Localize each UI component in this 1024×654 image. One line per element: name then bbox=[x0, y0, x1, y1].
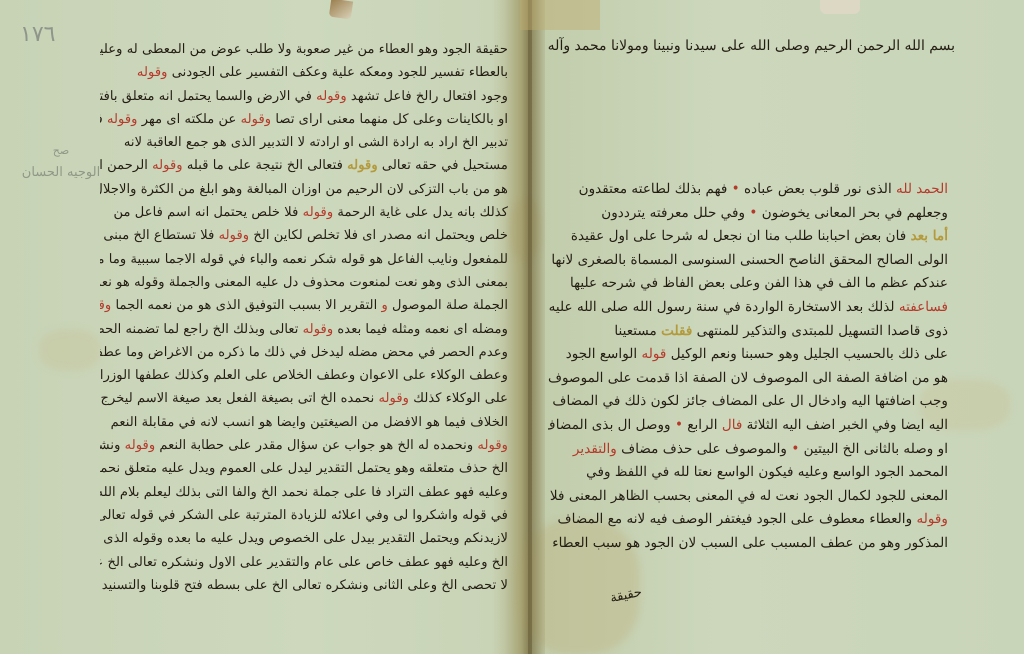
text-line: وقوله والعطاء معطوف على الجود فيغتفر الو… bbox=[548, 508, 948, 532]
text-line: الخ حذف متعلقه وهو يحتمل التقدير ليدل عل… bbox=[100, 457, 508, 480]
text-segment: وعليه فهو عطف التراد فا على جملة نحمد ال… bbox=[100, 485, 508, 500]
margin-annotation: صح الوجيه الحسان bbox=[16, 140, 106, 184]
text-segment: خلص ويحتمل انه مصدر اى فلا تخلص لكاين ال… bbox=[249, 228, 508, 243]
text-segment: او وصله بالثانى الخ البيتين bbox=[799, 441, 948, 457]
rubric-word: وقوله bbox=[137, 65, 168, 80]
text-segment: او بالكاينات وعلى كل منهما معنى اراى تصا bbox=[271, 112, 508, 127]
text-segment: تدبير الخ اراد به ارادة الشى او ارادته ل… bbox=[124, 135, 508, 150]
text-segment: الخ حذف متعلقه وهو يحتمل التقدير ليدل عل… bbox=[100, 461, 508, 476]
text-line: وجب اضافتها اليه وادخال ال على المضاف جا… bbox=[548, 390, 948, 414]
text-segment: الولى الصالح المحقق الناصح الحسنى السنوس… bbox=[551, 252, 948, 268]
text-line: المعنى للجود لكمال الجود نعت له في المعن… bbox=[548, 485, 948, 509]
text-segment: وفي حلل معرفته يترددون bbox=[601, 205, 749, 221]
text-line: لا تحصى الخ وعلى الثانى ونشكره تعالى الخ… bbox=[100, 574, 508, 597]
text-segment: فتعالى الخ نتيجة على ما قبله bbox=[183, 158, 347, 173]
text-segment: الذى نور قلوب بعض عباده bbox=[740, 181, 896, 197]
rubric-word: وقوله bbox=[916, 511, 948, 527]
rubric-word: وقوله bbox=[303, 205, 334, 220]
left-page-text: حقيقة الجود وهو العطاء من غير صعوبة ولا … bbox=[100, 38, 508, 597]
text-segment: والعطاء معطوف على الجود فيغتفر الوصف فيه… bbox=[558, 511, 917, 527]
text-line: او وصله بالثانى الخ البيتين • والموصوف ع… bbox=[548, 438, 948, 462]
rubric-word: وقوله bbox=[219, 228, 250, 243]
text-segment: المذكور وهو من عطف المسبب على السبب لان … bbox=[548, 535, 948, 551]
text-line: تدبير الخ اراد به ارادة الشى او ارادته ل… bbox=[100, 131, 508, 154]
rubric-word: وقوله bbox=[107, 112, 138, 127]
text-segment: لا تحصى الخ وعلى الثانى ونشكره تعالى الخ… bbox=[100, 578, 508, 593]
rubric-word: وقوله bbox=[316, 89, 347, 104]
rubric-word: الحمد لله bbox=[896, 181, 948, 197]
text-line: لازيدنكم ويحتمل التقدير بيدل على الخصوص … bbox=[100, 527, 508, 550]
rubric-word: وقوله bbox=[125, 438, 156, 453]
text-segment: اليه ايضا وفي الخبر اضف اليه الثلاثة bbox=[742, 417, 948, 433]
text-segment: مستعينا bbox=[614, 323, 661, 339]
text-segment: لذلك بعد الاستخارة الواردة في سنة رسول ا… bbox=[549, 299, 899, 315]
text-segment: الجملة صلة الموصول bbox=[388, 298, 508, 313]
text-line: وجود افتعال رالخ فاعل تشهد وقوله في الار… bbox=[100, 85, 508, 108]
rubric-word: فقلت bbox=[661, 323, 692, 339]
rubric-word: وقوله bbox=[477, 438, 508, 453]
text-segment: التقرير الا بسبب التوفيق الذى هو من نعمه… bbox=[111, 298, 381, 313]
text-segment: تعالى وبذلك الخ راجع لما تضمنه الحصر bbox=[100, 322, 303, 337]
text-line: او بالكاينات وعلى كل منهما معنى اراى تصا… bbox=[100, 108, 508, 131]
text-line: المحمد الجود الواسع وعليه فيكون الواسع ن… bbox=[548, 461, 948, 485]
rubric-word: فال bbox=[722, 417, 743, 433]
text-line: للمفعول ونايب الفاعل هو قوله شكر نعمه وا… bbox=[100, 248, 508, 271]
text-line: هو من باب التزكى لان الرحيم من اوزان الم… bbox=[100, 178, 508, 201]
text-line: المذكور وهو من عطف المسبب على السبب لان … bbox=[548, 532, 948, 556]
text-segment: وجب اضافتها اليه وادخال ال على المضاف جا… bbox=[552, 393, 948, 409]
rubric-word: وقوله bbox=[347, 158, 378, 173]
rubric-word: • bbox=[675, 417, 683, 433]
text-segment: ونحمده له الخ هو جواب عن سؤال مقدر على ح… bbox=[155, 438, 477, 453]
text-segment: الواسع الجود bbox=[566, 346, 642, 362]
text-line: فساعفته لذلك بعد الاستخارة الواردة في سن… bbox=[548, 296, 948, 320]
text-line: وجعلهم في بحر المعانى يخوضون • وفي حلل م… bbox=[548, 202, 948, 226]
text-segment: نحمده الخ اتى بصيغة الفعل بعد صيغة الاسم… bbox=[100, 391, 378, 406]
margin-note-line: صح bbox=[16, 140, 106, 162]
right-page-text: الحمد لله الذى نور قلوب بعض عباده • فهم … bbox=[548, 178, 948, 556]
text-segment: الرحمن الرحيم bbox=[100, 158, 152, 173]
manuscript-spread: ١٧٦ صح الوجيه الحسان حقيقة الجود وهو الع… bbox=[0, 0, 1024, 654]
text-line: عندكم عظم ما الف في هذا الفن وعلى بعض ال… bbox=[548, 272, 948, 296]
text-line: الولى الصالح المحقق الناصح الحسنى السنوس… bbox=[548, 249, 948, 273]
text-line: ذوى قاصدا التسهيل للمبتدى والتذكير للمنت… bbox=[548, 320, 948, 344]
text-segment: كذلك بانه يدل على غاية الرحمة bbox=[333, 205, 508, 220]
text-segment: المعنى للجود لكمال الجود نعت له في المعن… bbox=[548, 488, 948, 504]
text-segment: فهم بذلك لطاعته معتقدون bbox=[579, 181, 732, 197]
text-segment: في الارض والسما يحتمل انه متعلق بافتقار bbox=[100, 89, 316, 104]
rubric-word: أما بعد bbox=[911, 228, 948, 244]
text-segment: في قوله واشكروا لى وفي اعلائه للزيادة ال… bbox=[100, 508, 508, 523]
rubric-word: • bbox=[732, 181, 740, 197]
text-line: مستحيل في حقه تعالى وقوله فتعالى الخ نتي… bbox=[100, 154, 508, 177]
text-segment: ونشكر bbox=[100, 438, 125, 453]
rubric-word: وقوله bbox=[303, 322, 334, 337]
text-line: خلص ويحتمل انه مصدر اى فلا تخلص لكاين ال… bbox=[100, 224, 508, 247]
text-segment: الخ وعليه فهو عطف خاص على عام والتقدير ع… bbox=[100, 555, 508, 570]
text-segment: على ذلك بالحسيب الجليل وهو حسبنا ونعم ال… bbox=[666, 346, 948, 362]
text-segment: عن ملكته اى مهر bbox=[138, 112, 241, 127]
text-segment: الرابع bbox=[683, 417, 722, 433]
text-line: بالعطاء تفسير للجود ومعكه علية وعكف التف… bbox=[100, 61, 508, 84]
text-segment: وعدم الحصر في محض مضله ليدخل في ذلك ما ذ… bbox=[100, 345, 508, 360]
text-segment: ذوى قاصدا التسهيل للمبتدى والتذكير للمنت… bbox=[692, 323, 948, 339]
text-line: الجملة صلة الموصول و التقرير الا بسبب ال… bbox=[100, 294, 508, 317]
text-line: اليه ايضا وفي الخبر اضف اليه الثلاثة فال… bbox=[548, 414, 948, 438]
margin-note-line: الوجيه الحسان bbox=[16, 162, 106, 184]
text-segment: لازيدنكم ويحتمل التقدير بيدل على الخصوص … bbox=[100, 531, 508, 546]
text-line: حقيقة الجود وهو العطاء من غير صعوبة ولا … bbox=[100, 38, 508, 61]
text-segment: هو من اضافة الصفة الى الموصوف لان الصفة … bbox=[548, 370, 948, 386]
text-line: في قوله واشكروا لى وفي اعلائه للزيادة ال… bbox=[100, 504, 508, 527]
text-segment: عندكم عظم ما الف في هذا الفن وعلى بعض ال… bbox=[570, 275, 948, 291]
text-line: وقوله ونحمده له الخ هو جواب عن سؤال مقدر… bbox=[100, 434, 508, 457]
text-line: الخ وعليه فهو عطف خاص على عام والتقدير ع… bbox=[100, 551, 508, 574]
text-segment: فلا خلص يحتمل انه اسم فاعل من bbox=[114, 205, 303, 220]
folio-number: ١٧٦ bbox=[20, 22, 55, 47]
text-segment: للمفعول ونايب الفاعل هو قوله شكر نعمه وا… bbox=[100, 252, 508, 267]
basmala-heading: بسم الله الرحمن الرحيم وصلى الله على سيد… bbox=[555, 38, 955, 54]
gutter-shadow bbox=[528, 0, 532, 654]
text-line: على الوكلاء كذلك وقوله نحمده الخ اتى بصي… bbox=[100, 387, 508, 410]
text-segment: فان بعض احبابنا طلب منا ان نجعل له شرحا … bbox=[571, 228, 911, 244]
rubric-word: والتقدير bbox=[573, 441, 617, 457]
rubric-word: وقوله bbox=[378, 391, 409, 406]
rubric-word: وقوله bbox=[100, 298, 111, 313]
text-line: وعطف الوكلاء على الاعوان وعطف الخلاص على… bbox=[100, 364, 508, 387]
text-segment: بمعنى الذى وهو نعت لمنعوت محذوف دل عليه … bbox=[100, 275, 508, 290]
text-segment: وجعلهم في بحر المعانى يخوضون bbox=[757, 205, 948, 221]
text-segment: ومضله اى نعمه ومثله فيما بعده bbox=[333, 322, 508, 337]
text-line: الحمد لله الذى نور قلوب بعض عباده • فهم … bbox=[548, 178, 948, 202]
text-segment: والموصوف على حذف مضاف bbox=[617, 441, 792, 457]
text-segment: على الوكلاء كذلك bbox=[409, 391, 508, 406]
text-segment: هو من باب التزكى لان الرحيم من اوزان الم… bbox=[100, 182, 508, 197]
text-line: وعدم الحصر في محض مضله ليدخل في ذلك ما ذ… bbox=[100, 341, 508, 364]
rubric-word: وقوله bbox=[152, 158, 183, 173]
rubric-word: قوله bbox=[641, 346, 666, 362]
text-segment: مستحيل في حقه تعالى bbox=[378, 158, 508, 173]
text-segment: المحمد الجود الواسع وعليه فيكون الواسع ن… bbox=[586, 464, 948, 480]
text-line: أما بعد فان بعض احبابنا طلب منا ان نجعل … bbox=[548, 225, 948, 249]
text-line: ومضله اى نعمه ومثله فيما بعده وقوله تعال… bbox=[100, 318, 508, 341]
text-segment: الخلاف فيما هو الافضل من الصيغتين وايضا … bbox=[111, 415, 508, 430]
text-segment: حقيقة الجود وهو العطاء من غير صعوبة ولا … bbox=[100, 42, 508, 57]
text-segment: بالعطاء تفسير للجود ومعكه علية وعكف التف… bbox=[168, 65, 509, 80]
text-line: هو من اضافة الصفة الى الموصوف لان الصفة … bbox=[548, 367, 948, 391]
text-segment: وجود افتعال رالخ فاعل تشهد bbox=[347, 89, 508, 104]
text-line: كذلك بانه يدل على غاية الرحمة وقوله فلا … bbox=[100, 201, 508, 224]
text-line: وعليه فهو عطف التراد فا على جملة نحمد ال… bbox=[100, 481, 508, 504]
text-line: على ذلك بالحسيب الجليل وهو حسبنا ونعم ال… bbox=[548, 343, 948, 367]
text-segment: ووصل ال بذى المضاف bbox=[548, 417, 675, 433]
rubric-word: فساعفته bbox=[899, 299, 948, 315]
text-segment: في bbox=[100, 112, 107, 127]
text-line: الخلاف فيما هو الافضل من الصيغتين وايضا … bbox=[100, 411, 508, 434]
text-line: بمعنى الذى وهو نعت لمنعوت محذوف دل عليه … bbox=[100, 271, 508, 294]
rubric-word: وقوله bbox=[241, 112, 272, 127]
text-segment: وعطف الوكلاء على الاعوان وعطف الخلاص على… bbox=[100, 368, 508, 383]
text-segment: فلا تستطاع الخ مبنى bbox=[103, 228, 218, 243]
